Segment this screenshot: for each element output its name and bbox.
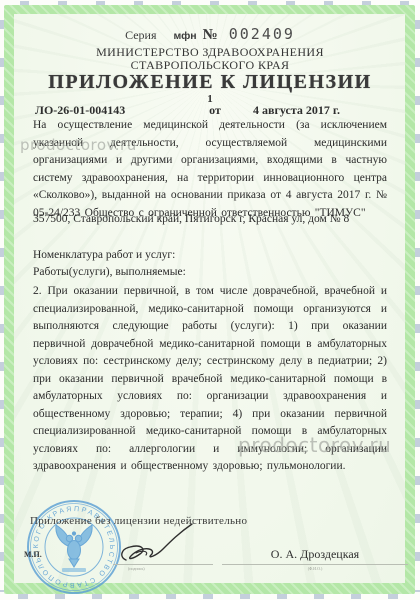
number-sign: № xyxy=(203,27,218,43)
license-appendix-document: Серия мфн № 002409 МИНИСТЕРСТВО ЗДРАВООХ… xyxy=(0,0,420,600)
document-content: Серия мфн № 002409 МИНИСТЕРСТВО ЗДРАВООХ… xyxy=(0,0,420,600)
signatory-name: О. А. Дроздецкая xyxy=(222,547,408,562)
handwritten-signature xyxy=(116,522,216,567)
double-headed-eagle-icon xyxy=(56,525,92,567)
name-caption: (Ф.И.О.) xyxy=(222,566,408,571)
series-code: мфн xyxy=(173,30,196,42)
organization-address: 357500, Ставропольский край, Пятигорск г… xyxy=(33,213,349,225)
watermark-prodoctorov-bottom: prodoctorov.ru xyxy=(238,433,391,457)
watermark-prodoctorov-top: prodoctorov.ru xyxy=(20,136,137,154)
document-title: ПРИЛОЖЕНИЕ К ЛИЦЕНЗИИ xyxy=(0,71,420,94)
activity-paragraph: На осуществление медицинской деятельност… xyxy=(33,117,387,222)
nomenclature-heading: Номенклатура работ и услуг: xyxy=(33,249,175,261)
name-line xyxy=(222,564,408,565)
official-round-stamp: ПРАВИТЕЛЬСТВО СТАВРОПОЛЬСКОГО КРАЯ xyxy=(26,499,122,595)
series-row: Серия мфн № 002409 xyxy=(0,25,420,44)
license-number: ЛО-26-01-004143 xyxy=(35,103,125,118)
license-date: 4 августа 2017 г. xyxy=(253,103,340,118)
signature-caption: (подпись) xyxy=(128,566,145,571)
document-number: 002409 xyxy=(229,25,295,43)
series-label: Серия xyxy=(125,28,156,42)
seal-place-mark: М.П. xyxy=(24,550,42,559)
works-heading: Работы(услуги), выполняемые: xyxy=(33,266,186,278)
from-label: от xyxy=(198,103,232,118)
